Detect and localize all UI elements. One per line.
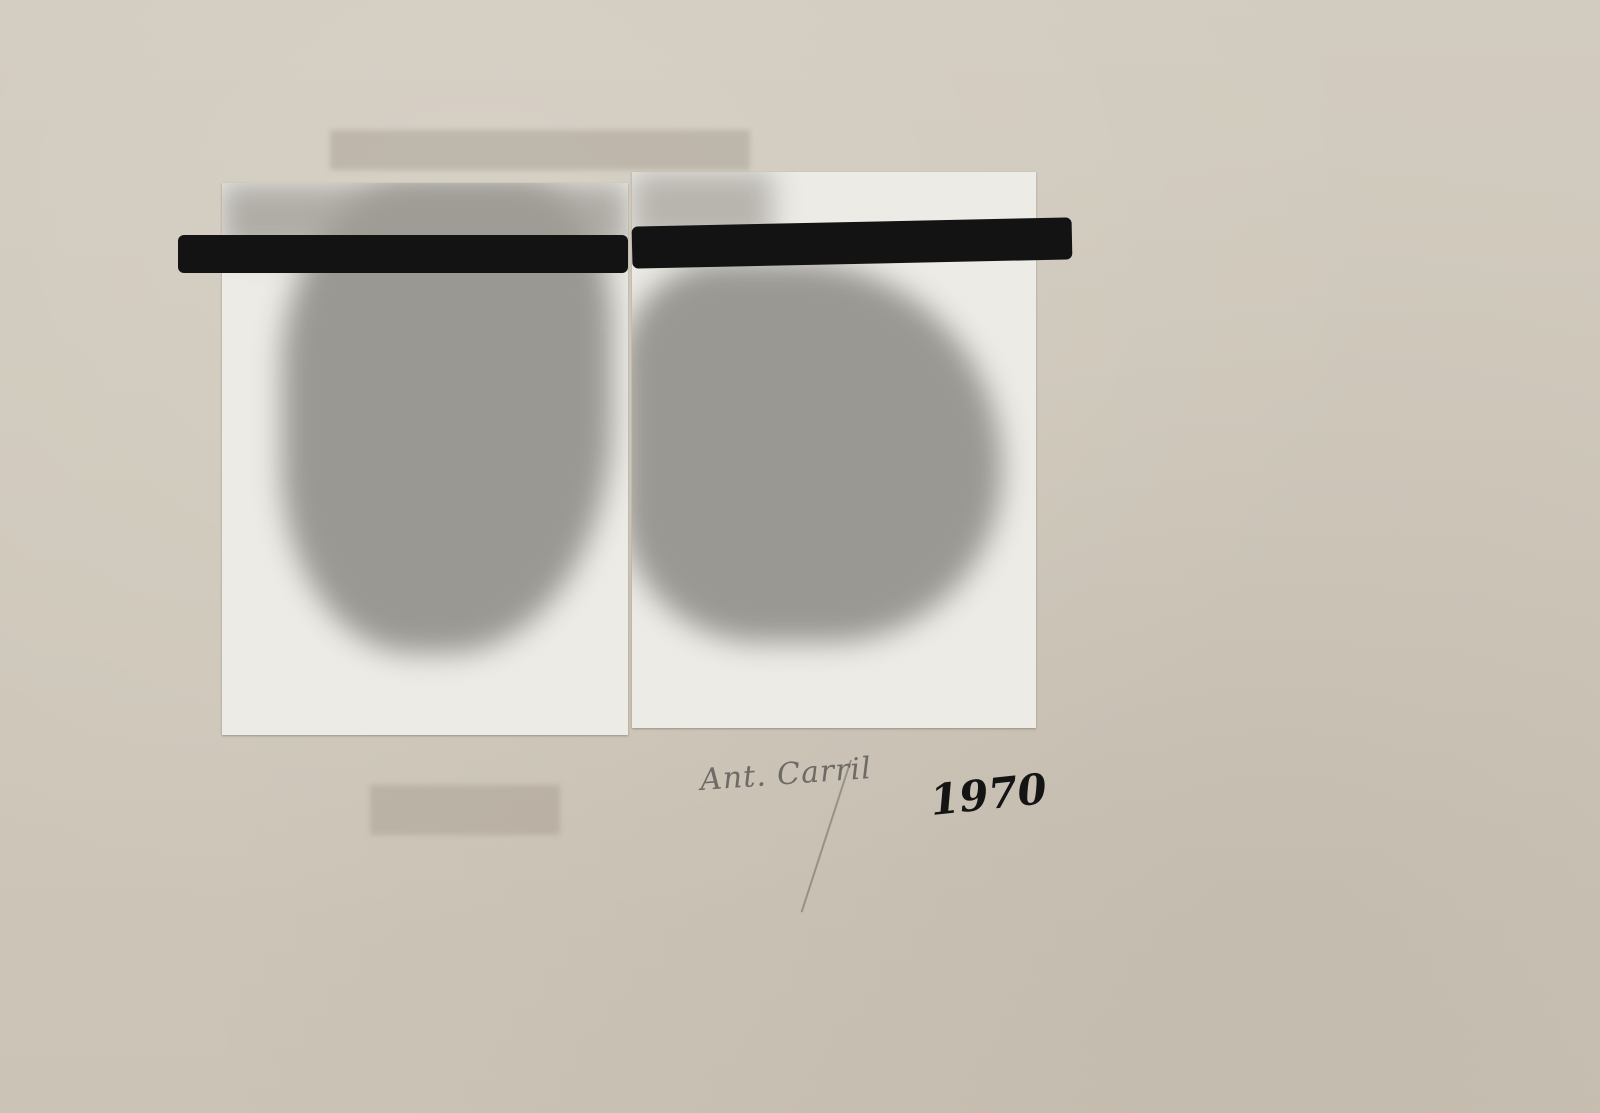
top-smudge [330, 130, 750, 170]
bottom-smudge [370, 785, 560, 835]
ink-wash-right [632, 262, 1002, 642]
black-brush-stroke-left [178, 235, 628, 273]
